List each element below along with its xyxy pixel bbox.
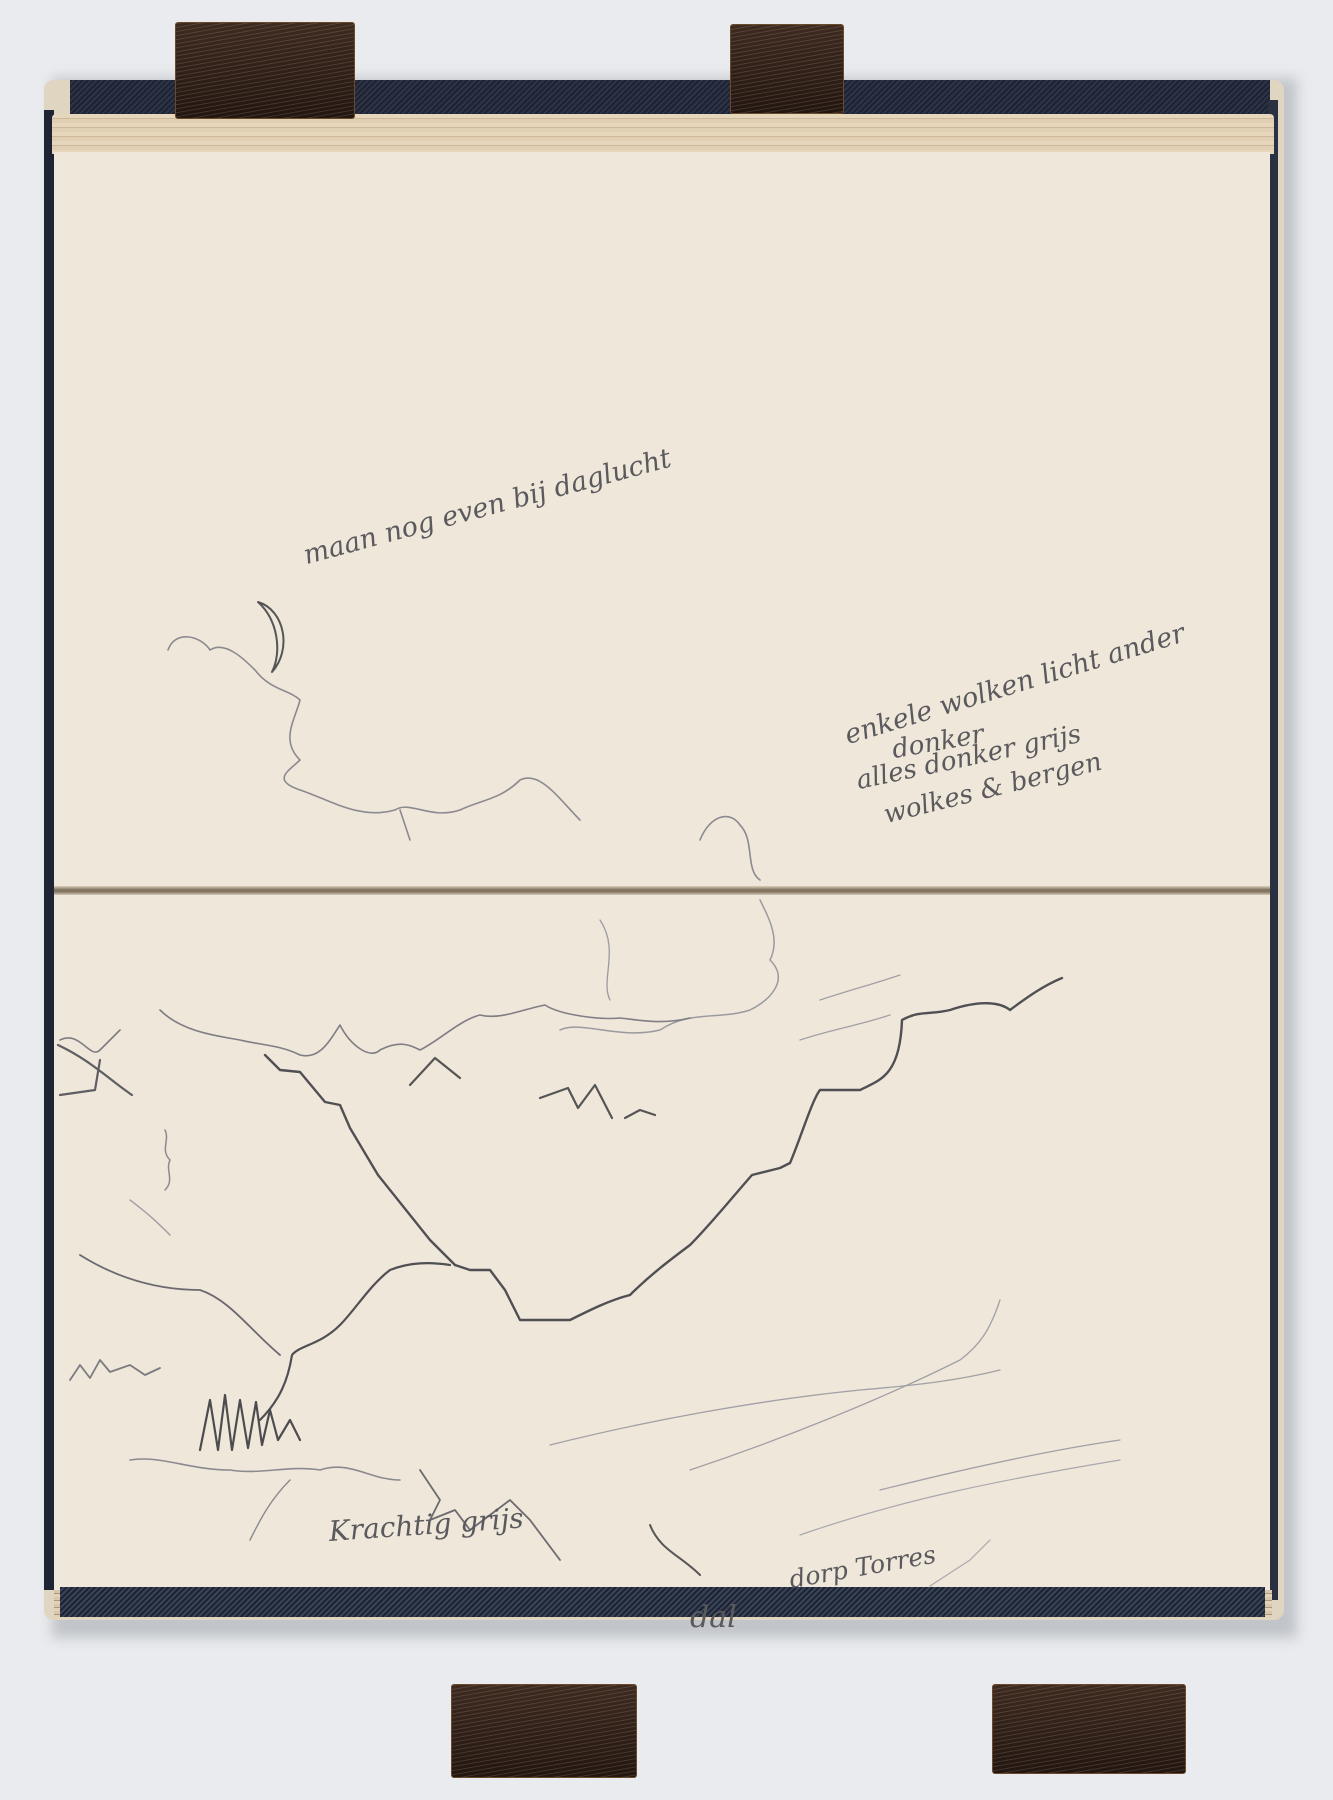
lower-page bbox=[54, 895, 1270, 1595]
leather-clip-bottom-left bbox=[451, 1684, 637, 1778]
cover-cloth-bottom bbox=[60, 1587, 1265, 1617]
page-edges-top bbox=[52, 114, 1274, 154]
leather-clip-top-right bbox=[730, 24, 844, 114]
leather-clip-top-left bbox=[175, 22, 355, 119]
leather-clip-bottom-right bbox=[992, 1684, 1186, 1774]
cover-cloth-left bbox=[44, 110, 54, 1590]
dal-annotation: dal bbox=[690, 1600, 737, 1635]
